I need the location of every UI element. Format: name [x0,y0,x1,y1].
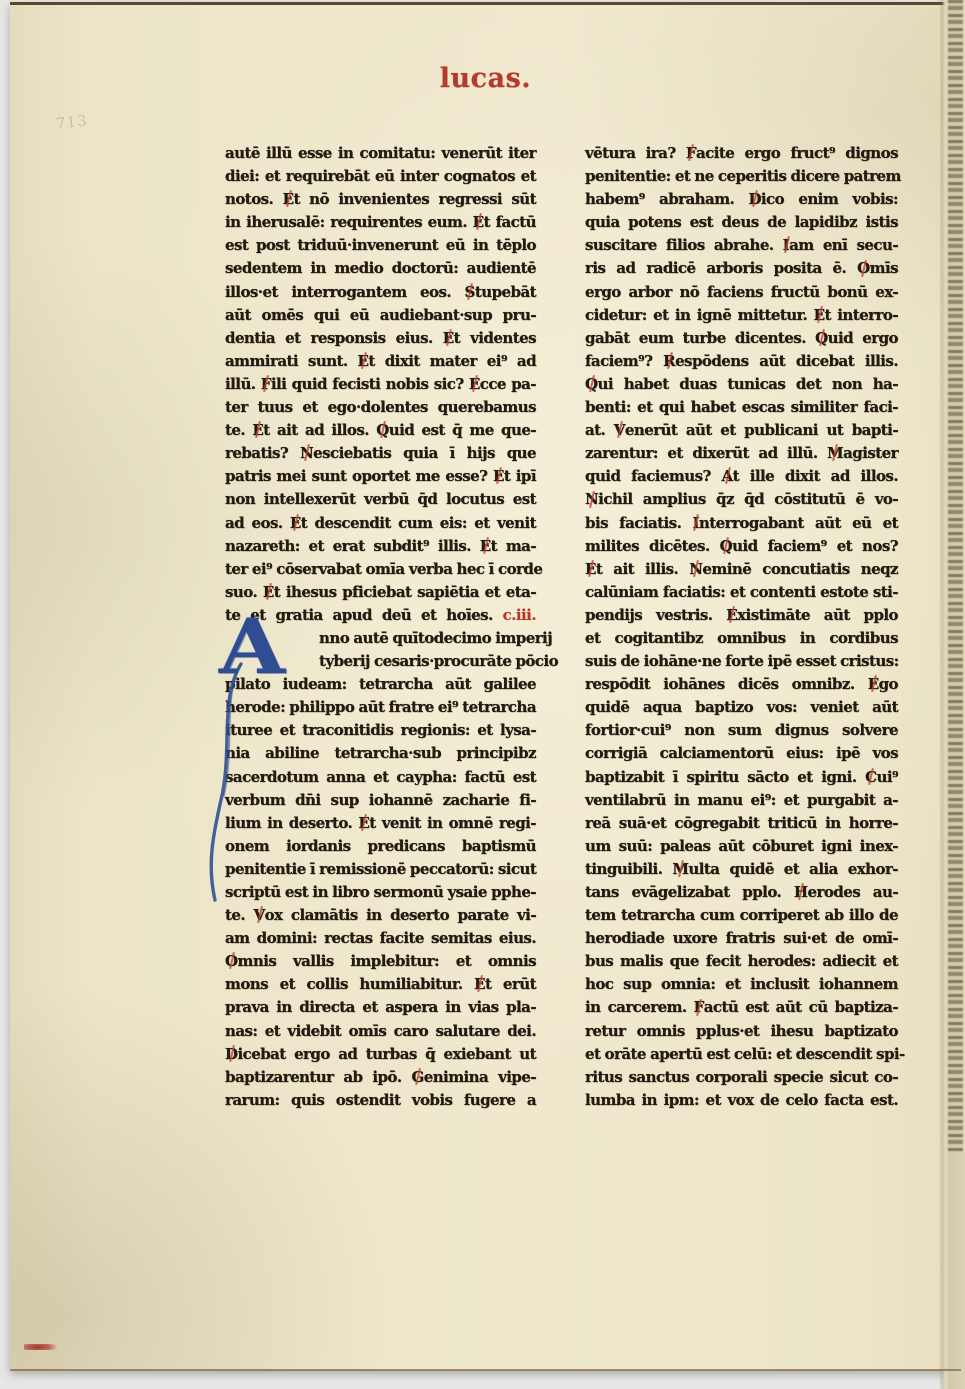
rubricated-capital: E [358,812,369,835]
text-line: onem iordanis predicans baptismū [225,835,536,858]
text-line: gabāt eum turbe dicentes. Quid ergo [585,327,898,350]
text-line: aūt omēs qui eū audiebant·sup pru- [225,304,536,327]
pencil-folio-number: 713 [55,111,88,132]
text-line: ammirati sunt. Et dixit mater ei⁹ ad [225,350,536,373]
text-line: te. Et ait ad illos. Quid est q̄ me que- [225,419,536,442]
fore-edge-lower [948,1152,965,1389]
rubricated-capital: E [585,558,596,581]
text-line: notos. Et nō invenientes regressi sūt [225,188,536,211]
text-line: ter ei⁹ cōservabat omīa verba hec ī cord… [225,558,536,581]
rubricated-capital: S [465,281,475,304]
rubricated-capital: E [358,350,369,373]
rubricated-capital: O [225,950,238,973]
rubricated-capital: I [692,512,698,535]
text-line: non intellexerūt verbū q̄d locutus est [225,488,536,511]
rubricated-capital: M [827,442,843,465]
rubricated-capital: E [814,304,825,327]
rubricated-capital: E [474,973,485,996]
rubricated-capital: E [469,373,480,396]
text-line: sacerdotum anna et caypha: factū est [225,766,536,789]
text-line: Et ait illis. Neminē concutiatis neqz [585,558,898,581]
text-line: ris ad radicē arboris posita ē. Omīs [585,257,898,280]
rubricated-capital: N [585,488,598,511]
text-line: lumba in ipm: et vox de celo facta est. [585,1089,898,1112]
text-line: quidē aqua baptizo vos: veniet aūt [585,696,898,719]
text-line: milites dicētes. Quid faciem⁹ et nos? [585,535,898,558]
text-line: dentia et responsis eius. Et videntes [225,327,536,350]
text-line: Nichil amplius q̄z q̄d cōstitutū ē vo- [585,488,898,511]
text-line: ad eos. Et descendit cum eis: et venit [225,512,536,535]
text-line: est post triduū·invenerunt eū in tēplo [225,234,536,257]
text-line: um suū: paleas aūt cōburet igni inex- [585,835,898,858]
text-line: cidetur: et in ignē mittetur. Et interro… [585,304,898,327]
rubricated-capital: F [261,373,271,396]
text-line: sedentem in medio doctorū: audientē [225,257,536,280]
rubricated-capital: Q [720,535,733,558]
text-line: pendijs vestris. Existimāte aūt pplo [585,604,898,627]
text-line: verbum dn̄i sup iohannē zacharie fi- [225,789,536,812]
rubricated-capital: M [672,858,688,881]
text-line: fortior·cui⁹ non sum dignus solvere [585,719,898,742]
rubricated-capital: E [473,211,484,234]
text-line: respōdit iohānes dicēs omnibz. Ego [585,673,898,696]
text-line: hoc sup omnia: et inclusit iohannem [585,973,898,996]
text-line: corrigiā calciamentorū eius: ipē vos [585,742,898,765]
text-line: quid faciemus? At ille dixit ad illos. [585,465,898,488]
text-line: nas: et videbit omīs caro salutare dei. [225,1020,536,1043]
rubricated-capital: E [263,581,274,604]
text-line: et orāte apertū est celū: et descendit s… [585,1043,898,1066]
text-line: in iherusalē: requirentes eum. Et factū [225,211,536,234]
page-bottom-edge [10,1369,961,1371]
initial-flourish [203,660,249,910]
text-line: diei: et requirebāt eū inter cognatos et [225,165,536,188]
manuscript-page: 713 lucas. autē illū esse in comitatu: v… [10,2,961,1370]
text-line: baptizabit ī spiritu sācto et igni. Cui⁹ [585,766,898,789]
rubricated-capital: I [783,234,789,257]
next-leaf-text-showthrough [948,0,963,1152]
rubricated-capital: G [411,1066,423,1089]
rubricated-capital: Q [376,419,389,442]
text-line: ventilabrū in manu ei⁹: et purgabit a- [585,789,898,812]
text-line: faciem⁹? Respōdens aūt dicebat illis. [585,350,898,373]
text-line: scriptū est in libro sermonū ysaie pphe- [225,881,536,904]
text-line: penitentie ī remissionē peccatorū: sicut [225,858,536,881]
text-line: ter tuus et ego·dolentes querebamus [225,396,536,419]
text-column-right: vētura ira? Facite ergo fruct⁹ dignospen… [585,142,898,1112]
rubricated-capital: N [689,558,702,581]
chapter-rubric: c.iii. [493,606,536,624]
rubricated-capital: Q [815,327,828,350]
rubricated-capital: E [290,512,301,535]
text-line: herode: philippo aūt fratre ei⁹ tetrarch… [225,696,536,719]
text-line: et cogitantibz omnibus in cordibus [585,627,898,650]
rubricated-capital: E [480,535,491,558]
rubricated-capital: O [857,257,870,280]
text-line: mons et collis humiliabitur. Et erūt [225,973,536,996]
rubricated-capital: E [283,188,294,211]
text-line: retur omnis pplus·et ihesu baptizato [585,1020,898,1043]
red-edge-mark [24,1344,58,1350]
rubricated-capital: Q [585,373,598,396]
text-line: in carcerem. Factū est aūt cū baptiza- [585,996,898,1019]
text-line: autē illū esse in comitatu: venerūt iter [225,142,536,165]
rubricated-capital: H [794,881,808,904]
text-line: patris mei sunt oportet me esse? Et ipī [225,465,536,488]
text-line: benti: et qui habet escas similiter faci… [585,396,898,419]
text-line: ituree et traconitidis regionis: et lysa… [225,719,536,742]
rubricated-capital: D [225,1043,237,1066]
text-line: ritus sanctus corporali specie sicut co- [585,1066,898,1089]
text-line: Dicebat ergo ad turbas q̄ exiebant ut [225,1043,536,1066]
text-line: habem⁹ abraham. Dico enim vobis: [585,188,898,211]
rubricated-capital: F [694,996,704,1019]
text-line: reā suā·et cōgregabit triticū in horre- [585,812,898,835]
text-line: illū. Fili quid fecisti nobis sic? Ecce … [225,373,536,396]
text-line: tem tetrarcha cum corriperet ab illo de [585,904,898,927]
rubricated-capital: E [252,419,263,442]
text-line: suscitare filios abrahe. Iam enī secu- [585,234,898,257]
rubricated-capital: E [868,673,879,696]
text-line: vētura ira? Facite ergo fruct⁹ dignos [585,142,898,165]
rubricated-capital: A [722,465,733,488]
text-line: zarentur: et dixerūt ad illū. Magister [585,442,898,465]
text-line: am domini: rectas facite semitas eius. [225,927,536,950]
text-line: at. Venerūt aūt et publicani ut bapti- [585,419,898,442]
text-line: lium in deserto. Et venit in omnē regi- [225,812,536,835]
text-line: nia abiline tetrarcha·sub principibz [225,742,536,765]
text-line: baptizarentur ab ipō. Genimina vipe- [225,1066,536,1089]
text-line: rarum: quis ostendit vobis fugere a [225,1089,536,1112]
text-line: suis de iohāne·ne forte ipē esset cristu… [585,650,898,673]
text-line: quia potens est deus de lapidibz istis [585,211,898,234]
rubricated-capital: D [748,188,760,211]
text-line: illos·et interrogantem eos. Stupebāt [225,281,536,304]
running-title-text: lucas. [440,63,531,94]
book-fore-edge [939,0,965,1389]
text-line: tinguibili. Multa quidē et alia exhor- [585,858,898,881]
text-line: nazareth: et erat subdit⁹ illis. Et ma- [225,535,536,558]
text-line: prava in directa et aspera in vias pla- [225,996,536,1019]
text-line: bus malis que fecit herodes: adiecit et [585,950,898,973]
text-line: ergo arbor nō faciens fructū bonū ex- [585,281,898,304]
rubricated-capital: V [254,904,265,927]
text-line: tans evāgelizabat pplo. Herodes au- [585,881,898,904]
text-line: penitentie: et ne ceperitis dicere patre… [585,165,898,188]
rubricated-capital: E [493,465,504,488]
rubricated-capital: F [686,142,696,165]
rubricated-capital: R [663,350,675,373]
text-line: te. Vox clamātis in deserto parate vi- [225,904,536,927]
text-line: calūniam faciatis: et contenti estote st… [585,581,898,604]
rubricated-capital: C [865,766,876,789]
text-line: rebatis? Nesciebatis quia ī hijs que [225,442,536,465]
text-line: bis faciatis. Interrogabant aūt eū et [585,512,898,535]
rubricated-capital: E [443,327,454,350]
text-line: suo. Et ihesus pficiebat sapiētia et eta… [225,581,536,604]
text-line: Qui habet duas tunicas det non ha- [585,373,898,396]
text-line: herodiade uxore fratris sui·et de omī- [585,927,898,950]
rubricated-capital: V [614,419,625,442]
text-line: Omnis vallis implebitur: et omnis [225,950,536,973]
rubricated-capital: N [300,442,313,465]
running-title: lucas. [10,63,961,94]
rubricated-capital: E [726,604,737,627]
